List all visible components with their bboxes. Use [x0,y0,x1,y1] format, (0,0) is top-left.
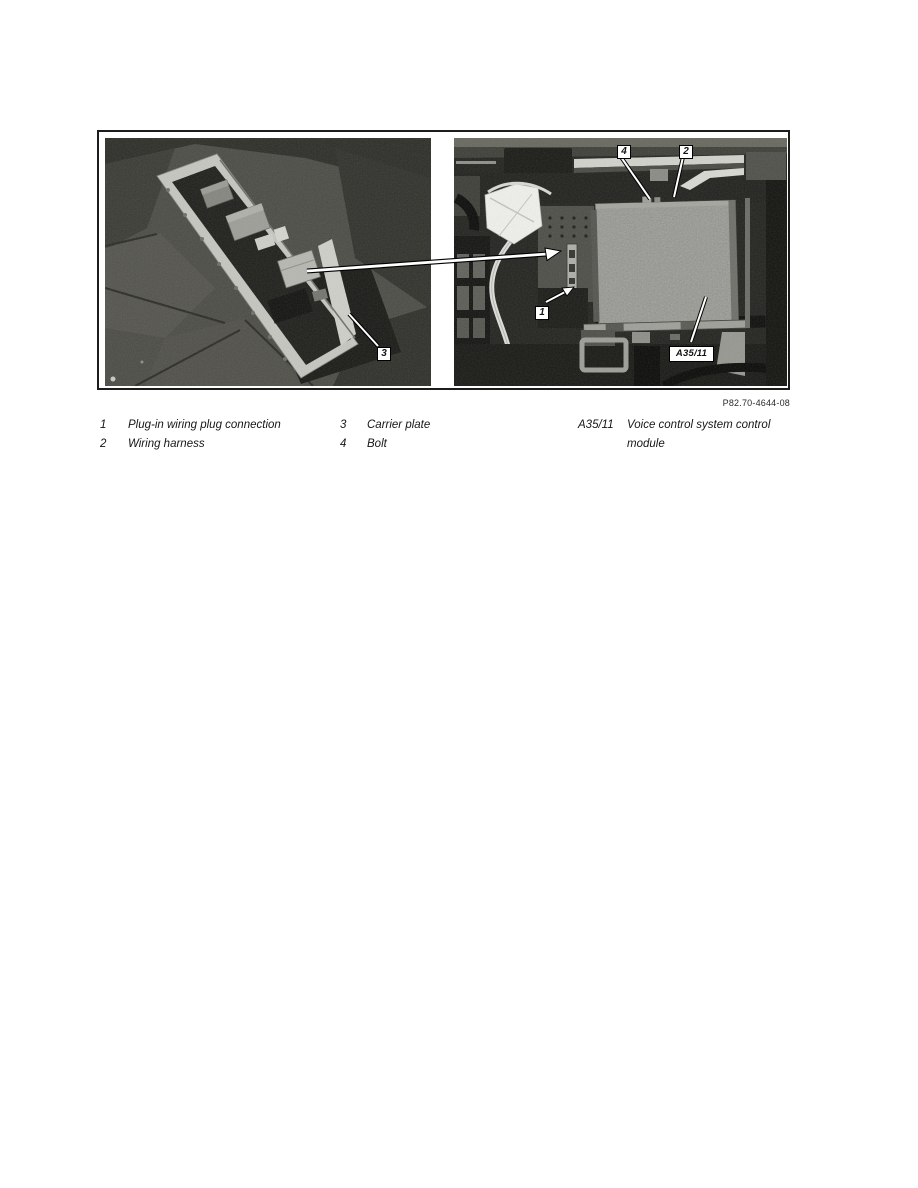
legend-column-2: 3 Carrier plate 4 Bolt [340,416,560,454]
manual-page: { "figure": { "code": "P82.70-4644-08", … [0,0,918,1188]
legend-label: Bolt [367,435,387,454]
callout-2: 2 [679,145,693,159]
legend-label: Wiring harness [128,435,205,454]
legend-item-a35-11: A35/11 Voice control system control modu… [578,416,793,454]
legend-key: 1 [100,416,128,435]
legend-column-1: 1 Plug-in wiring plug connection 2 Wirin… [100,416,340,454]
legend-key: 4 [340,435,367,454]
legend-label: Voice control system control module [627,416,779,454]
legend-key: A35/11 [578,416,627,435]
legend-item-1: 1 Plug-in wiring plug connection [100,416,340,435]
callout-a35-11: A35/11 [669,346,714,362]
figure-frame: 1 2 3 4 A35/11 [97,130,790,390]
legend-item-2: 2 Wiring harness [100,435,340,454]
callout-3: 3 [377,347,391,361]
legend-item-4: 4 Bolt [340,435,560,454]
callout-4: 4 [617,145,631,159]
legend-item-3: 3 Carrier plate [340,416,560,435]
legend-label: Carrier plate [367,416,430,435]
callout-1: 1 [535,306,549,320]
legend-column-3: A35/11 Voice control system control modu… [578,416,793,454]
photo-module-closeup [454,138,787,386]
legend-label: Plug-in wiring plug connection [128,416,281,435]
legend-key: 2 [100,435,128,454]
control-module-illustration [454,138,787,386]
figure-code: P82.70-4644-08 [490,398,790,408]
legend-key: 3 [340,416,367,435]
